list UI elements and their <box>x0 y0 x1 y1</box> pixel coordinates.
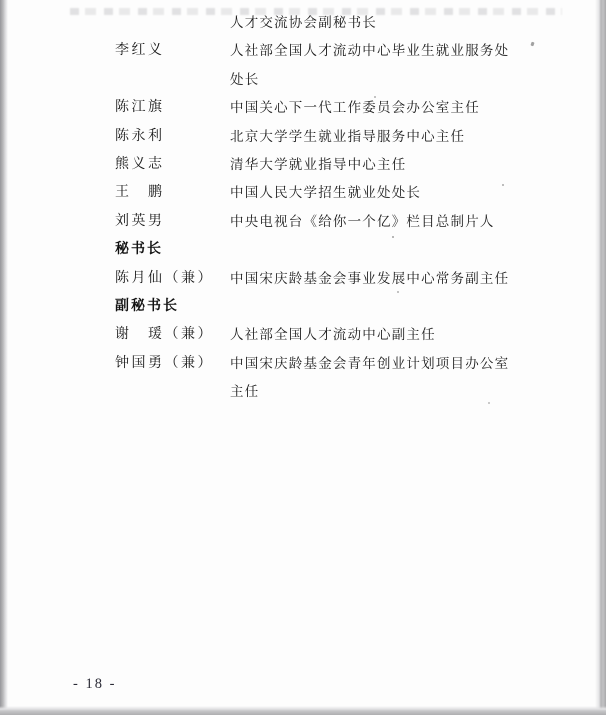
scan-speck <box>502 184 504 186</box>
section-heading: 副秘书长 <box>115 293 179 321</box>
official-title: 中国关心下一代工作委员会办公室主任 <box>230 94 530 122</box>
official-title: 清华大学就业指导中心主任 <box>230 151 530 179</box>
section-heading-row: 副秘书长 <box>0 293 606 321</box>
official-title: 中央电视台《给你一个亿》栏目总制片人 <box>230 208 530 236</box>
official-name: 钟国勇（兼） <box>115 350 230 407</box>
official-entry-row: 熊义志清华大学就业指导中心主任 <box>0 151 606 179</box>
official-title-line: 人才交流协会副秘书长 <box>230 9 530 37</box>
official-entry-row: 陈永利北京大学学生就业指导服务中心主任 <box>0 123 606 151</box>
official-title: 人社部全国人才流动中心副主任 <box>230 321 530 349</box>
official-title-line: 主任 <box>230 378 530 406</box>
official-title-line: 清华大学就业指导中心主任 <box>230 151 530 179</box>
official-entry-row: 王 鹏中国人民大学招生就业处处长 <box>0 179 606 207</box>
scan-edge-right <box>595 0 606 715</box>
official-entry-row: 刘英男中央电视台《给你一个亿》栏目总制片人 <box>0 208 606 236</box>
official-entry-row: 陈江旗中国关心下一代工作委员会办公室主任 <box>0 94 606 122</box>
scan-edge-left <box>0 0 8 715</box>
official-name: 陈江旗 <box>115 94 230 122</box>
official-title-line: 人社部全国人才流动中心副主任 <box>230 321 530 349</box>
official-title: 人才交流协会副秘书长 <box>230 9 530 37</box>
official-name: 谢 瑗（兼） <box>115 321 230 349</box>
scan-speck <box>392 236 394 238</box>
official-entry-row: 人才交流协会副秘书长 <box>0 9 606 37</box>
official-name: 陈月仙（兼） <box>115 265 230 293</box>
officials-list: 人才交流协会副秘书长李红义人社部全国人才流动中心毕业生就业服务处处长陈江旗中国关… <box>0 9 606 407</box>
official-name: 李红义 <box>115 37 230 94</box>
official-title-line: 中国人民大学招生就业处处长 <box>230 179 530 207</box>
scan-edge-bottom <box>0 706 606 715</box>
scan-speck <box>488 402 490 404</box>
official-title: 中国宋庆龄基金会事业发展中心常务副主任 <box>230 265 530 293</box>
official-title-line: 中国宋庆龄基金会事业发展中心常务副主任 <box>230 265 530 293</box>
official-title-line: 中国关心下一代工作委员会办公室主任 <box>230 94 530 122</box>
official-entry-row: 李红义人社部全国人才流动中心毕业生就业服务处处长 <box>0 37 606 94</box>
official-entry-row: 谢 瑗（兼）人社部全国人才流动中心副主任 <box>0 321 606 349</box>
official-title-line: 北京大学学生就业指导服务中心主任 <box>230 123 530 151</box>
official-title: 人社部全国人才流动中心毕业生就业服务处处长 <box>230 37 530 94</box>
official-title: 中国人民大学招生就业处处长 <box>230 179 530 207</box>
official-title-line: 中国宋庆龄基金会青年创业计划项目办公室 <box>230 350 530 378</box>
official-name <box>115 9 230 37</box>
scan-speck <box>397 291 399 293</box>
official-entry-row: 钟国勇（兼）中国宋庆龄基金会青年创业计划项目办公室主任 <box>0 350 606 407</box>
page-number: - 18 - <box>73 674 116 694</box>
scan-speck <box>374 96 376 98</box>
section-heading-row: 秘书长 <box>0 236 606 264</box>
official-title-line: 中央电视台《给你一个亿》栏目总制片人 <box>230 208 530 236</box>
official-title-line: 人社部全国人才流动中心毕业生就业服务处 <box>230 37 530 65</box>
official-title: 中国宋庆龄基金会青年创业计划项目办公室主任 <box>230 350 530 407</box>
official-name: 刘英男 <box>115 208 230 236</box>
section-heading: 秘书长 <box>115 236 163 264</box>
scanned-document-page: 人才交流协会副秘书长李红义人社部全国人才流动中心毕业生就业服务处处长陈江旗中国关… <box>0 0 606 715</box>
official-name: 王 鹏 <box>115 179 230 207</box>
official-name: 陈永利 <box>115 123 230 151</box>
official-title-line: 处长 <box>230 66 530 94</box>
official-entry-row: 陈月仙（兼）中国宋庆龄基金会事业发展中心常务副主任 <box>0 265 606 293</box>
official-title: 北京大学学生就业指导服务中心主任 <box>230 123 530 151</box>
official-name: 熊义志 <box>115 151 230 179</box>
